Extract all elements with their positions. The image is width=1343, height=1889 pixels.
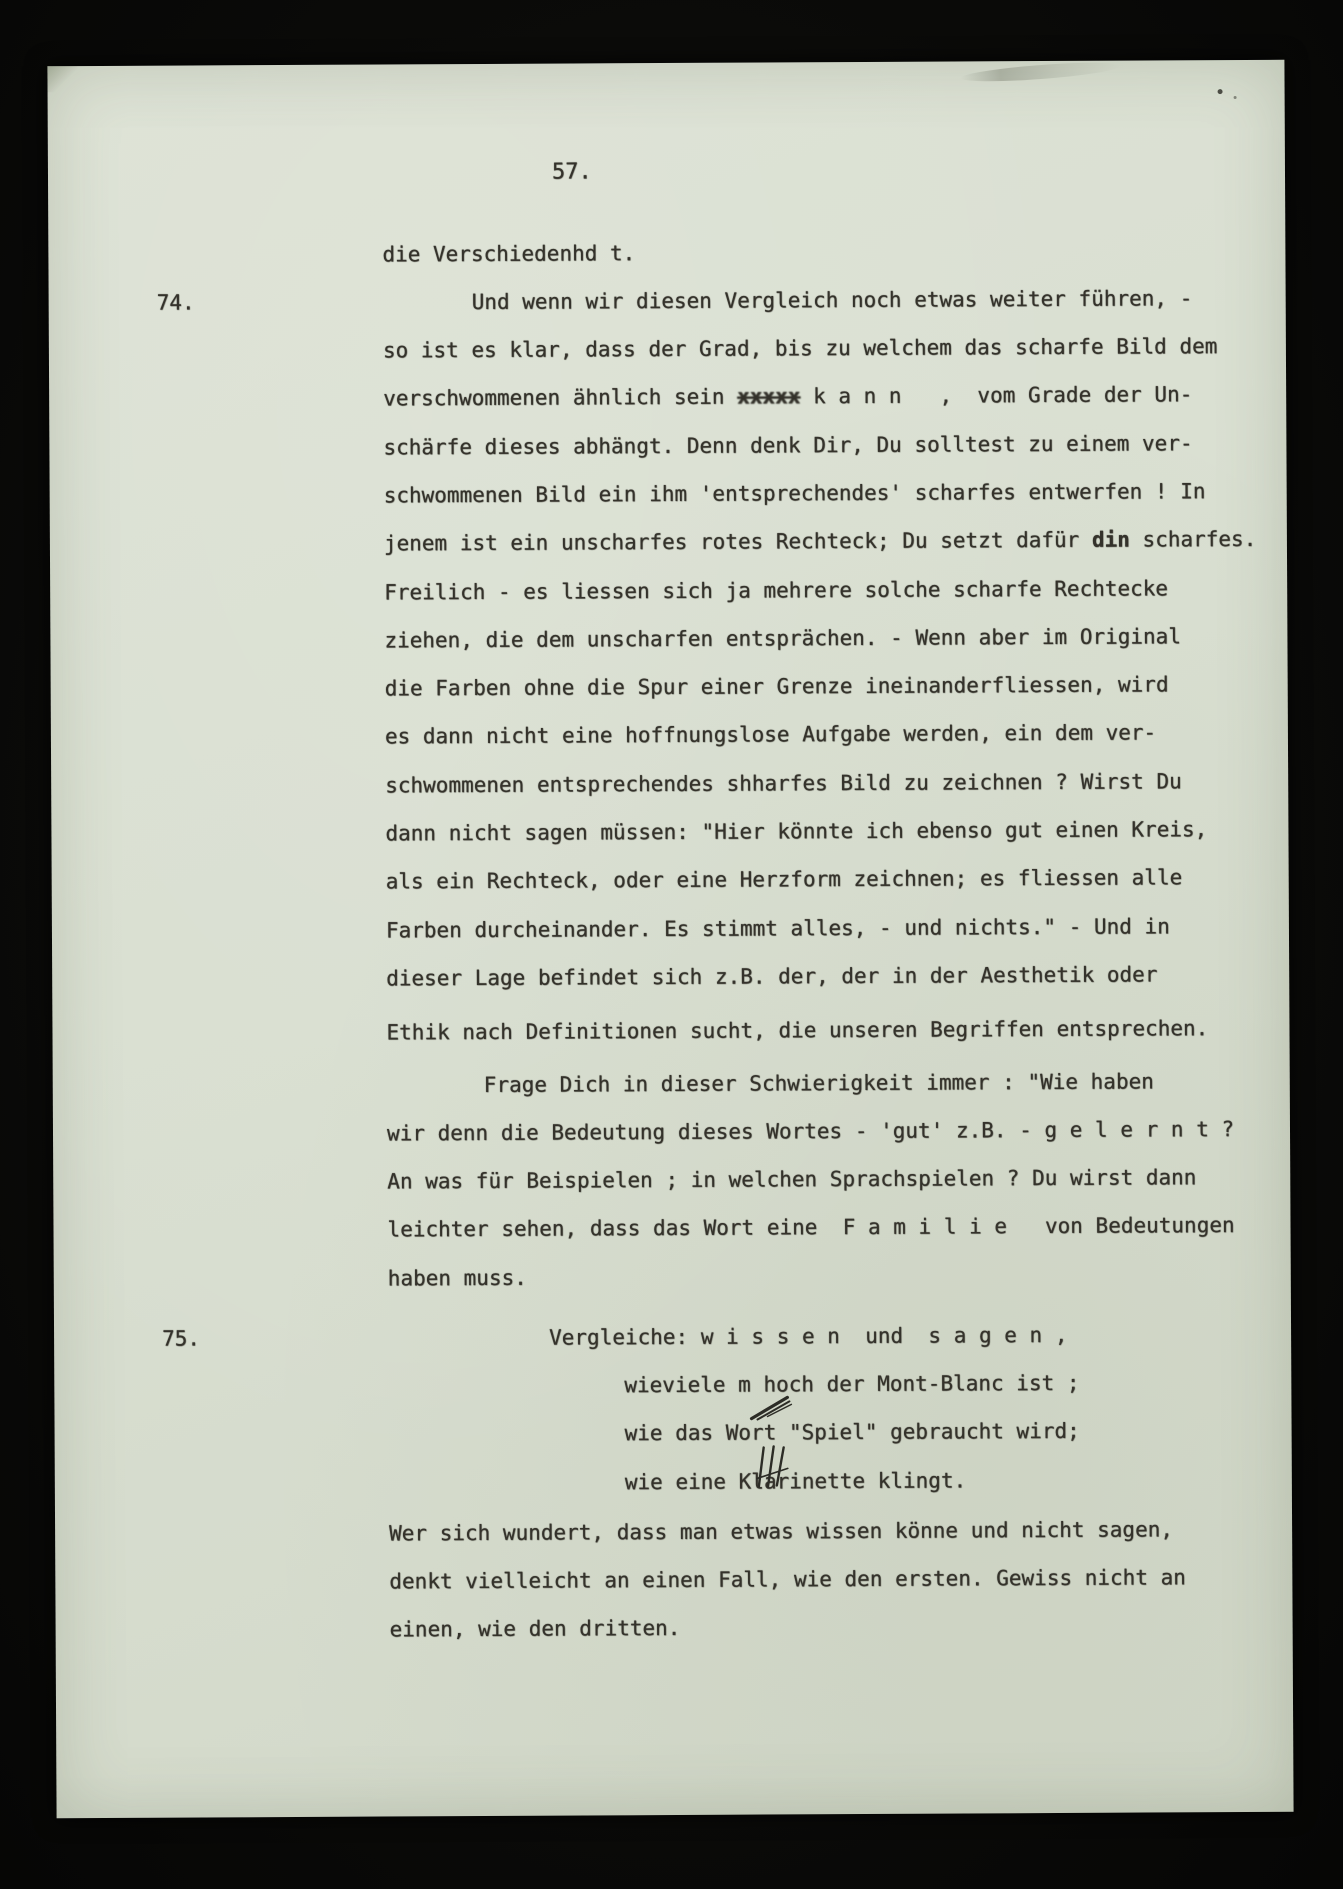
text-segment: dann nicht sagen müssen: "Hier könnte ic… bbox=[385, 817, 1207, 845]
typescript-line: schärfe dieses abhängt. Denn denk Dir, D… bbox=[49, 430, 1286, 463]
typescript-line: Ethik nach Definitionen sucht, die unser… bbox=[52, 1015, 1289, 1048]
typescript-line: An was für Beispielen ; in welchen Sprac… bbox=[53, 1164, 1290, 1197]
line-text: Ethik nach Definitionen sucht, die unser… bbox=[386, 1015, 1208, 1045]
line-text: schwommenen entsprechendes shharfes Bild… bbox=[385, 768, 1182, 798]
line-text: dann nicht sagen müssen: "Hier könnte ic… bbox=[385, 816, 1207, 846]
text-segment: denkt vielleicht an einen Fall, wie den … bbox=[389, 1565, 1186, 1593]
line-text: denkt vielleicht an einen Fall, wie den … bbox=[389, 1564, 1186, 1594]
line-text: die Farben ohne die Spur einer Grenze in… bbox=[385, 671, 1169, 701]
line-text: Und wenn wir diesen Vergleich noch etwas… bbox=[472, 285, 1193, 315]
page-number: 57. bbox=[552, 159, 592, 184]
line-text: wie das Wort "Spiel" gebraucht wird; bbox=[625, 1418, 1080, 1446]
typescript-line: wie das Wort "Spiel" gebraucht wird; bbox=[55, 1417, 1292, 1450]
text-segment: leichter sehen, dass das Wort eine F a m… bbox=[387, 1213, 1234, 1241]
typescript-line: 75.Vergleiche: w i s s e n und s a g e n… bbox=[54, 1321, 1291, 1354]
text-segment: es dann nicht eine hoffnungslose Aufgabe… bbox=[385, 720, 1156, 748]
typescript-page: 57. die Verschiedenhd t.74.Und wenn wir … bbox=[47, 60, 1293, 1818]
line-text: Farben durcheinander. Es stimmt alles, -… bbox=[386, 913, 1170, 943]
typescript-line: wieviele m hoch der Mont-Blanc ist ; bbox=[54, 1369, 1291, 1402]
line-text: wir denn die Bedeutung dieses Wortes - '… bbox=[387, 1116, 1234, 1146]
typescript-line: leichter sehen, dass das Wort eine F a m… bbox=[53, 1212, 1290, 1245]
typescript-line: Wer sich wundert, dass man etwas wissen … bbox=[55, 1516, 1292, 1549]
typescript-line: als ein Rechteck, oder eine Herzform zei… bbox=[52, 864, 1289, 897]
line-text: wieviele m hoch der Mont-Blanc ist ; bbox=[624, 1370, 1079, 1398]
text-segment: wie das Wort "Spiel" gebraucht wird; bbox=[625, 1419, 1080, 1445]
line-text: ziehen, die dem unscharfen entsprächen. … bbox=[384, 623, 1181, 653]
typescript-line: es dann nicht eine hoffnungslose Aufgabe… bbox=[51, 719, 1288, 752]
typescript-line: Freilich - es liessen sich ja mehrere so… bbox=[50, 575, 1287, 608]
text-segment: wieviele m hoch der Mont-Blanc ist ; bbox=[624, 1371, 1079, 1397]
text-segment: ziehen, die dem unscharfen entsprächen. … bbox=[384, 624, 1181, 652]
line-text: Frage Dich in dieser Schwierigkeit immer… bbox=[484, 1068, 1154, 1098]
text-segment: k a n n , vom Grade der Un- bbox=[800, 382, 1192, 408]
text-segment: scharfes. bbox=[1130, 527, 1257, 552]
line-text: einen, wie den dritten. bbox=[390, 1615, 681, 1643]
line-text: so ist es klar, dass der Grad, bis zu we… bbox=[383, 333, 1218, 363]
text-segment: so ist es klar, dass der Grad, bis zu we… bbox=[383, 334, 1218, 362]
text-segment: An was für Beispielen ; in welchen Sprac… bbox=[387, 1165, 1196, 1193]
typescript-line: schwommenen Bild ein ihm 'entsprechendes… bbox=[50, 478, 1287, 511]
text-segment: Farben durcheinander. Es stimmt alles, -… bbox=[386, 914, 1170, 942]
typescript-line: denkt vielleicht an einen Fall, wie den … bbox=[55, 1564, 1292, 1597]
typescript-line: 74.Und wenn wir diesen Vergleich noch et… bbox=[49, 285, 1286, 318]
line-text: verschwommenen ähnlich sein xxxxx k a n … bbox=[383, 381, 1192, 411]
line-text: Vergleiche: w i s s e n und s a g e n , bbox=[549, 1322, 1068, 1351]
line-text: Freilich - es liessen sich ja mehrere so… bbox=[384, 575, 1168, 605]
graphite-smudge bbox=[960, 59, 1121, 85]
text-segment: wie eine Klarinette klingt. bbox=[625, 1468, 966, 1494]
typescript-line: wir denn die Bedeutung dieses Wortes - '… bbox=[53, 1116, 1290, 1149]
line-text: jenem ist ein unscharfes rotes Rechteck;… bbox=[384, 526, 1257, 557]
ink-speck bbox=[1218, 89, 1223, 94]
typescript-line: ziehen, die dem unscharfen entsprächen. … bbox=[50, 623, 1287, 656]
text-segment: Und wenn wir diesen Vergleich noch etwas… bbox=[472, 286, 1193, 314]
text-segment: schärfe dieses abhängt. Denn denk Dir, D… bbox=[383, 431, 1192, 459]
typescript-line: Frage Dich in dieser Schwierigkeit immer… bbox=[53, 1068, 1290, 1101]
text-segment: jenem ist ein unscharfes rotes Rechteck;… bbox=[384, 528, 1092, 556]
text-segment: dieser Lage befindet sich z.B. der, der … bbox=[386, 962, 1157, 990]
typescript-line: die Verschiedenhd t. bbox=[48, 237, 1285, 270]
line-text: es dann nicht eine hoffnungslose Aufgabe… bbox=[385, 719, 1156, 749]
line-text: leichter sehen, dass das Wort eine F a m… bbox=[387, 1212, 1234, 1242]
line-text: Wer sich wundert, dass man etwas wissen … bbox=[389, 1516, 1173, 1546]
text-segment: xxxxx bbox=[737, 384, 800, 408]
text-segment: Wer sich wundert, dass man etwas wissen … bbox=[389, 1517, 1173, 1545]
text-segment: wir denn die Bedeutung dieses Wortes - '… bbox=[387, 1117, 1234, 1145]
typescript-line: so ist es klar, dass der Grad, bis zu we… bbox=[49, 333, 1286, 366]
text-segment: haben muss. bbox=[388, 1266, 527, 1291]
pencil-mark-above-spiel bbox=[747, 1392, 793, 1422]
text-segment: Ethik nach Definitionen sucht, die unser… bbox=[386, 1016, 1208, 1044]
typescript-line: schwommenen entsprechendes shharfes Bild… bbox=[51, 768, 1288, 801]
line-text: An was für Beispielen ; in welchen Sprac… bbox=[387, 1164, 1196, 1194]
line-text: als ein Rechteck, oder eine Herzform zei… bbox=[386, 864, 1183, 894]
typescript-line: verschwommenen ähnlich sein xxxxx k a n … bbox=[49, 381, 1286, 414]
text-segment: schwommenen Bild ein ihm 'entsprechendes… bbox=[384, 479, 1206, 507]
text-segment: schwommenen entsprechendes shharfes Bild… bbox=[385, 769, 1182, 797]
line-text: wie eine Klarinette klingt. bbox=[625, 1467, 967, 1495]
scan-background: { "colors": { "background": "#0b0b09", "… bbox=[0, 0, 1343, 1889]
typescript-line: wie eine Klarinette klingt. bbox=[55, 1466, 1292, 1499]
typescript-line: dann nicht sagen müssen: "Hier könnte ic… bbox=[51, 816, 1288, 849]
text-segment: verschwommenen ähnlich sein bbox=[383, 385, 737, 411]
typescript-line: haben muss. bbox=[54, 1261, 1291, 1294]
pencil-mark-below-spiel bbox=[755, 1444, 793, 1490]
line-text: die Verschiedenhd t. bbox=[382, 240, 635, 267]
corner-fold-shadow bbox=[47, 66, 77, 92]
typescript-line: dieser Lage befindet sich z.B. der, der … bbox=[52, 961, 1289, 994]
typescript-line: einen, wie den dritten. bbox=[56, 1612, 1293, 1645]
text-segment: als ein Rechteck, oder eine Herzform zei… bbox=[386, 865, 1183, 893]
remark-number: 74. bbox=[157, 290, 195, 314]
line-text: haben muss. bbox=[388, 1265, 527, 1292]
typescript-line: Farben durcheinander. Es stimmt alles, -… bbox=[52, 913, 1289, 946]
ink-speck bbox=[1234, 96, 1237, 99]
line-text: schwommenen Bild ein ihm 'entsprechendes… bbox=[384, 478, 1206, 508]
text-segment: Freilich - es liessen sich ja mehrere so… bbox=[384, 576, 1168, 604]
text-segment: die Verschiedenhd t. bbox=[382, 241, 635, 266]
line-text: schärfe dieses abhängt. Denn denk Dir, D… bbox=[383, 430, 1192, 460]
text-segment: die Farben ohne die Spur einer Grenze in… bbox=[385, 672, 1169, 700]
typescript-line: jenem ist ein unscharfes rotes Rechteck;… bbox=[50, 526, 1287, 559]
remark-number: 75. bbox=[162, 1326, 200, 1350]
text-segment: din bbox=[1092, 528, 1130, 552]
text-segment: Frage Dich in dieser Schwierigkeit immer… bbox=[484, 1069, 1154, 1097]
text-segment: Vergleiche: w i s s e n und s a g e n , bbox=[549, 1323, 1067, 1350]
line-text: dieser Lage befindet sich z.B. der, der … bbox=[386, 961, 1157, 991]
typescript-line: die Farben ohne die Spur einer Grenze in… bbox=[51, 671, 1288, 704]
text-segment: einen, wie den dritten. bbox=[390, 1616, 681, 1642]
